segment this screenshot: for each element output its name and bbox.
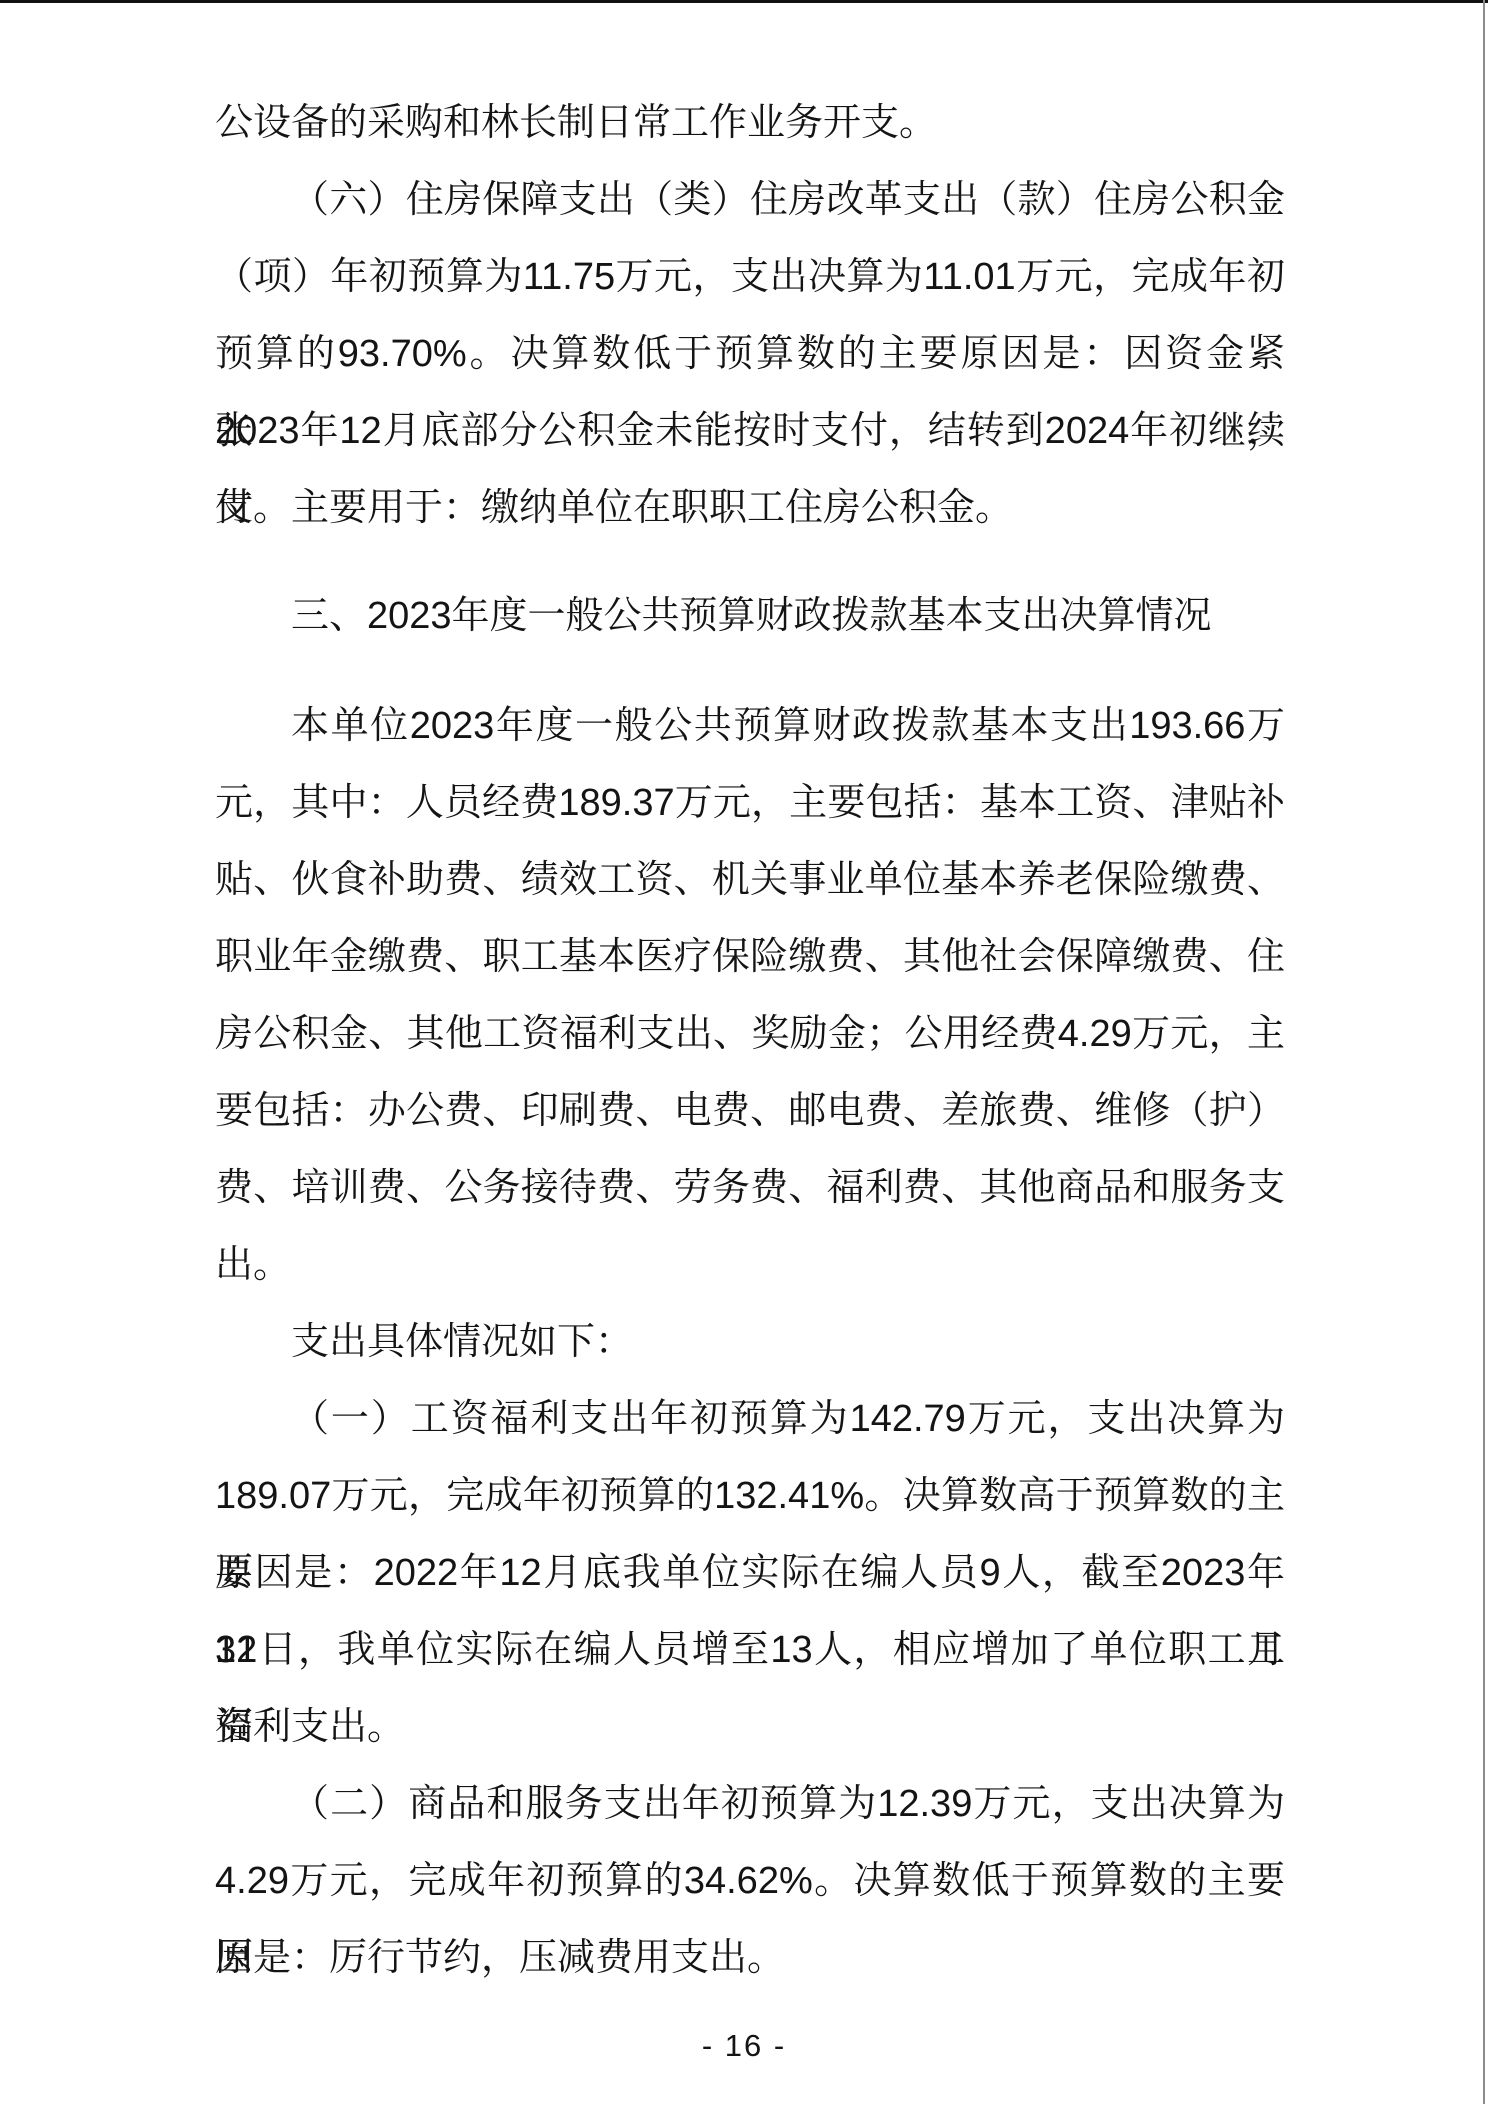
text-line: 因是：厉行节约，压减费用支出。	[215, 1920, 1285, 1997]
text-line: 职业年金缴费、职工基本医疗保险缴费、其他社会保障缴费、住	[215, 919, 1285, 996]
text-line: （一）工资福利支出年初预算为142.79万元，支出决算为	[215, 1381, 1285, 1458]
text-line: 公设备的采购和林长制日常工作业务开支。	[215, 85, 1285, 162]
text-line: 房公积金、其他工资福利支出、奖励金；公用经费4.29万元，主	[215, 996, 1285, 1073]
scan-top-edge-line	[0, 0, 1488, 3]
section-heading: 三、2023年度一般公共预算财政拨款基本支出决算情况	[215, 578, 1285, 655]
text-line: （项）年初预算为11.75万元，支出决算为11.01万元，完成年初	[215, 239, 1285, 316]
text-line: 4.29万元，完成年初预算的34.62%。决算数低于预算数的主要原	[215, 1843, 1285, 1920]
text-line: 贴、伙食补助费、绩效工资、机关事业单位基本养老保险缴费、	[215, 842, 1285, 919]
text-line: 31日，我单位实际在编人员增至13人，相应增加了单位职工工资	[215, 1612, 1285, 1689]
text-line: （二）商品和服务支出年初预算为12.39万元，支出决算为	[215, 1766, 1285, 1843]
text-line: （六）住房保障支出（类）住房改革支出（款）住房公积金	[215, 162, 1285, 239]
document-page: 公设备的采购和林长制日常工作业务开支。（六）住房保障支出（类）住房改革支出（款）…	[0, 0, 1488, 2104]
text-line: 福利支出。	[215, 1689, 1285, 1766]
document-body: 公设备的采购和林长制日常工作业务开支。（六）住房保障支出（类）住房改革支出（款）…	[215, 85, 1285, 1997]
text-line: 要包括：办公费、印刷费、电费、邮电费、差旅费、维修（护）	[215, 1073, 1285, 1150]
text-line: 本单位2023年度一般公共预算财政拨款基本支出193.66万	[215, 688, 1285, 765]
text-line: 出。	[215, 1227, 1285, 1304]
scan-right-edge-line	[1483, 0, 1485, 2104]
text-line: 费、培训费、公务接待费、劳务费、福利费、其他商品和服务支	[215, 1150, 1285, 1227]
text-line: 原因是：2022年12月底我单位实际在编人员9人，截至2023年12月	[215, 1535, 1285, 1612]
text-line: 元，其中：人员经费189.37万元，主要包括：基本工资、津贴补	[215, 765, 1285, 842]
page-number: - 16 -	[0, 2028, 1488, 2064]
text-line: 2023年12月底部分公积金未能按时支付，结转到2024年初继续支	[215, 393, 1285, 470]
text-line: 支出具体情况如下：	[215, 1304, 1285, 1381]
text-line: 189.07万元，完成年初预算的132.41%。决算数高于预算数的主要	[215, 1458, 1285, 1535]
text-line: 付。主要用于：缴纳单位在职职工住房公积金。	[215, 470, 1285, 547]
text-line: 预算的93.70%。决算数低于预算数的主要原因是：因资金紧张，	[215, 316, 1285, 393]
